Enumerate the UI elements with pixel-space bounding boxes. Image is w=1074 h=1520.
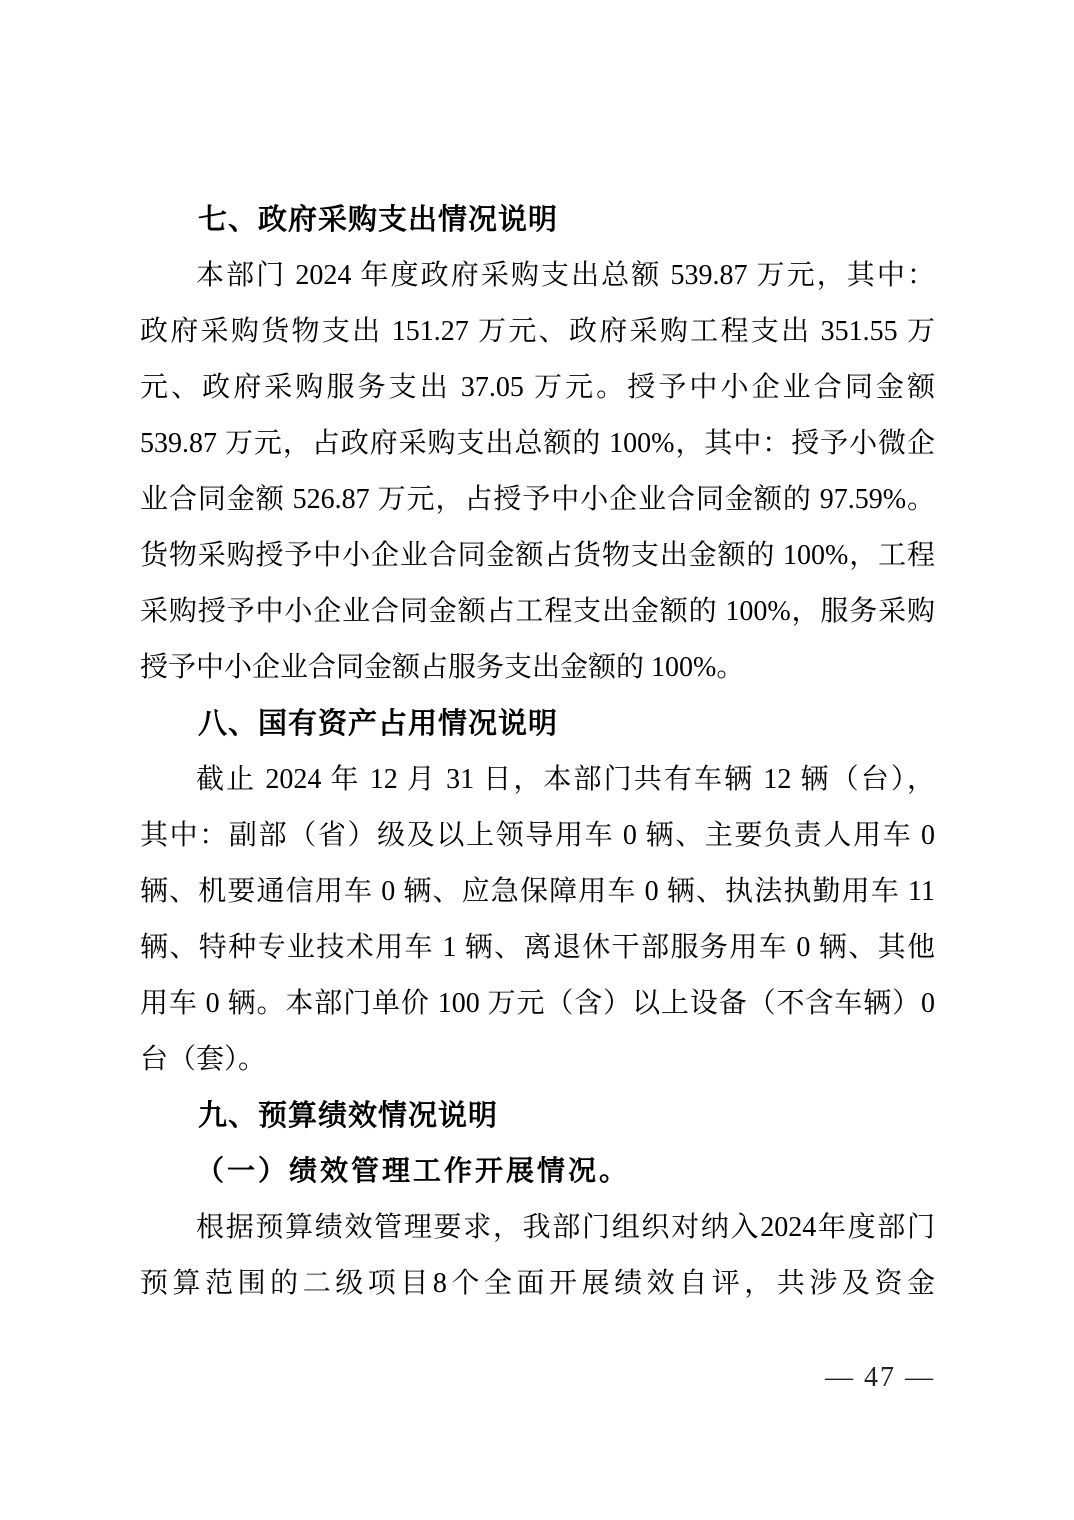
text-line: 政府采购货物支出 151.27 万元、政府采购工程支出 351.55 万 [140,304,935,360]
text-line: 539.87 万元，占政府采购支出总额的 100%，其中：授予小微企 [140,416,935,472]
section-heading-9: 九、预算绩效情况说明 [140,1088,935,1144]
text-line: 其中：副部（省）级及以上领导用车 0 辆、主要负责人用车 0 [140,808,935,864]
text-line: 辆、特种专业技术用车 1 辆、离退休干部服务用车 0 辆、其他 [140,920,935,976]
section-government-procurement: 七、政府采购支出情况说明 本部门 2024 年度政府采购支出总额 539.87 … [140,192,935,696]
text-line: 采购授予中小企业合同金额占工程支出金额的 100%，服务采购 [140,584,935,640]
text-line: 业合同金额 526.87 万元，占授予中小企业合同金额的 97.59%。 [140,472,935,528]
text-line: 预算范围的二级项目8个全面开展绩效自评，共涉及资金 [140,1256,935,1312]
text-line: 授予中小企业合同金额占服务支出金额的 100%。 [140,640,935,696]
text-line: 元、政府采购服务支出 37.05 万元。授予中小企业合同金额 [140,360,935,416]
section-budget-performance: 九、预算绩效情况说明 （一）绩效管理工作开展情况。 根据预算绩效管理要求，我部门… [140,1088,935,1312]
text-line: 本部门 2024 年度政府采购支出总额 539.87 万元，其中： [140,248,935,304]
section-state-assets: 八、国有资产占用情况说明 截止 2024 年 12 月 31 日，本部门共有车辆… [140,696,935,1088]
section-heading-7: 七、政府采购支出情况说明 [140,192,935,248]
text-line: 台（套）。 [140,1032,935,1088]
text-line: 用车 0 辆。本部门单价 100 万元（含）以上设备（不含车辆）0 [140,976,935,1032]
subsection-heading-performance: （一）绩效管理工作开展情况。 [140,1144,935,1200]
text-line: 货物采购授予中小企业合同金额占货物支出金额的 100%，工程 [140,528,935,584]
text-line: 截止 2024 年 12 月 31 日，本部门共有车辆 12 辆（台）， [140,752,935,808]
document-page: 七、政府采购支出情况说明 本部门 2024 年度政府采购支出总额 539.87 … [0,0,1074,1520]
text-line: 根据预算绩效管理要求，我部门组织对纳入2024年度部门 [140,1200,935,1256]
paragraph-government-procurement: 本部门 2024 年度政府采购支出总额 539.87 万元，其中： 政府采购货物… [140,248,935,696]
text-line: 辆、机要通信用车 0 辆、应急保障用车 0 辆、执法执勤用车 11 [140,864,935,920]
paragraph-state-assets: 截止 2024 年 12 月 31 日，本部门共有车辆 12 辆（台）， 其中：… [140,752,935,1088]
paragraph-budget-performance: 根据预算绩效管理要求，我部门组织对纳入2024年度部门 预算范围的二级项目8个全… [140,1200,935,1312]
section-heading-8: 八、国有资产占用情况说明 [140,696,935,752]
page-number: — 47 — [825,1362,935,1394]
